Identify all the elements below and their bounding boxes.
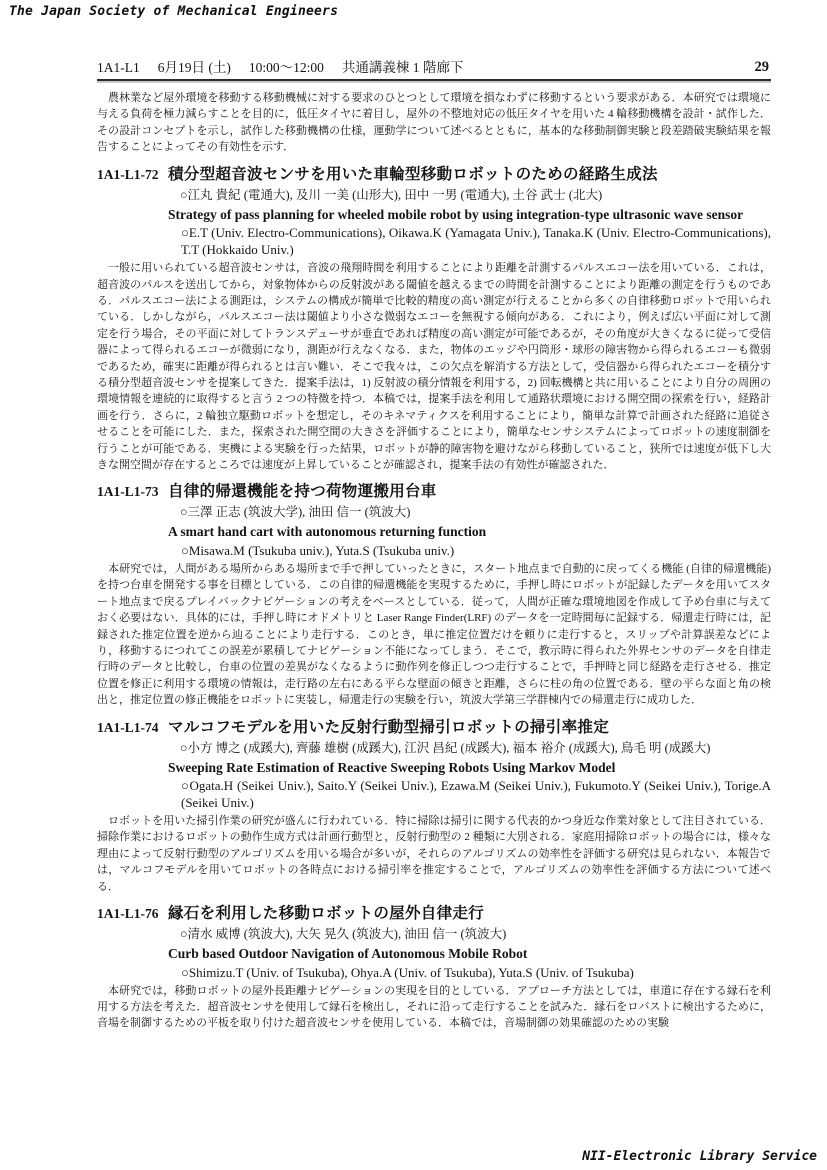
session-info: 1A1-L16月19日 (土)10:00～12:00共通講義棟 1 階廊下 <box>97 56 481 76</box>
entry-authors-jp: ○小方 博之 (成蹊大), 齊藤 雄樹 (成蹊大), 江沢 昌紀 (成蹊大), … <box>180 740 771 757</box>
entry-title-jp: マルコフモデルを用いた反射行動型掃引ロボットの掃引率推定 <box>168 718 609 738</box>
entry-abstract: 一般に用いられている超音波センサは，音波の飛翔時間を利用することにより距離を計測… <box>97 260 771 473</box>
entry-id: 1A1-L1-72 <box>97 167 168 183</box>
entry-authors-en: ○Ogata.H (Seikei Univ.), Saito.Y (Seikei… <box>181 777 771 811</box>
entry-title-en: Strategy of pass planning for wheeled mo… <box>168 206 771 224</box>
entry-1a1-l1-72: 1A1-L1-72 積分型超音波センサを用いた車輪型移動ロボットのための経路生成… <box>97 165 771 474</box>
session-id: 1A1-L1 <box>97 60 140 75</box>
entry-heading: 1A1-L1-76 縁石を利用した移動ロボットの屋外自律走行 <box>97 904 771 924</box>
entry-authors-en: ○Shimizu.T (Univ. of Tsukuba), Ohya.A (U… <box>181 964 771 981</box>
publisher-watermark: The Japan Society of Mechanical Engineer… <box>9 4 338 19</box>
entry-abstract: ロボットを用いた掃引作業の研究が盛んに行われている．特に掃除は掃引に関する代表的… <box>97 813 771 895</box>
entry-id: 1A1-L1-76 <box>97 906 168 922</box>
entry-title-jp: 積分型超音波センサを用いた車輪型移動ロボットのための経路生成法 <box>168 165 658 185</box>
entry-id: 1A1-L1-74 <box>97 720 168 736</box>
entry-id: 1A1-L1-73 <box>97 484 168 500</box>
entry-authors-en: ○E.T (Univ. Electro-Communications), Oik… <box>181 224 771 258</box>
entry-title-en: Sweeping Rate Estimation of Reactive Swe… <box>168 759 771 777</box>
entry-title-jp: 縁石を利用した移動ロボットの屋外自律走行 <box>168 904 484 924</box>
session-venue: 共通講義棟 1 階廊下 <box>342 60 464 75</box>
entry-heading: 1A1-L1-72 積分型超音波センサを用いた車輪型移動ロボットのための経路生成… <box>97 165 771 185</box>
entry-abstract: 本研究では，移動ロボットの屋外長距離ナビゲーションの実現を目的としている．アプロ… <box>97 983 771 1032</box>
entry-heading: 1A1-L1-73 自律的帰還機能を持つ荷物運搬用台車 <box>97 482 771 502</box>
entry-authors-jp: ○江丸 貴紀 (電通大), 及川 一美 (山形大), 田中 一男 (電通大), … <box>180 187 771 204</box>
session-time: 10:00～12:00 <box>249 60 324 75</box>
entry-1a1-l1-73: 1A1-L1-73 自律的帰還機能を持つ荷物運搬用台車 ○三澤 正志 (筑波大学… <box>97 482 771 708</box>
entry-abstract: 本研究では，人間がある場所からある場所まで手で押していったときに，スタート地点ま… <box>97 561 771 709</box>
page-content: 1A1-L16月19日 (土)10:00～12:00共通講義棟 1 階廊下 29… <box>97 56 771 1032</box>
session-header: 1A1-L16月19日 (土)10:00～12:00共通講義棟 1 階廊下 29 <box>97 56 771 81</box>
entry-title-jp: 自律的帰還機能を持つ荷物運搬用台車 <box>168 482 437 502</box>
entry-authors-en: ○Misawa.M (Tsukuba univ.), Yuta.S (Tsuku… <box>181 542 771 559</box>
page-number: 29 <box>755 59 770 76</box>
entry-1a1-l1-76: 1A1-L1-76 縁石を利用した移動ロボットの屋外自律走行 ○清水 威博 (筑… <box>97 904 771 1032</box>
entry-title-en: A smart hand cart with autonomous return… <box>168 523 771 541</box>
library-watermark: NII-Electronic Library Service <box>582 1149 817 1164</box>
entry-authors-jp: ○清水 威博 (筑波大), 大矢 晃久 (筑波大), 油田 信一 (筑波大) <box>180 926 771 943</box>
entry-1a1-l1-74: 1A1-L1-74 マルコフモデルを用いた反射行動型掃引ロボットの掃引率推定 ○… <box>97 718 771 896</box>
intro-abstract: 農林業など屋外環境を移動する移動機械に対する要求のひとつとして環境を損なわずに移… <box>97 90 771 156</box>
entry-title-en: Curb based Outdoor Navigation of Autonom… <box>168 945 771 963</box>
entry-heading: 1A1-L1-74 マルコフモデルを用いた反射行動型掃引ロボットの掃引率推定 <box>97 718 771 738</box>
entry-authors-jp: ○三澤 正志 (筑波大学), 油田 信一 (筑波大) <box>180 504 771 521</box>
session-date: 6月19日 (土) <box>158 60 231 75</box>
